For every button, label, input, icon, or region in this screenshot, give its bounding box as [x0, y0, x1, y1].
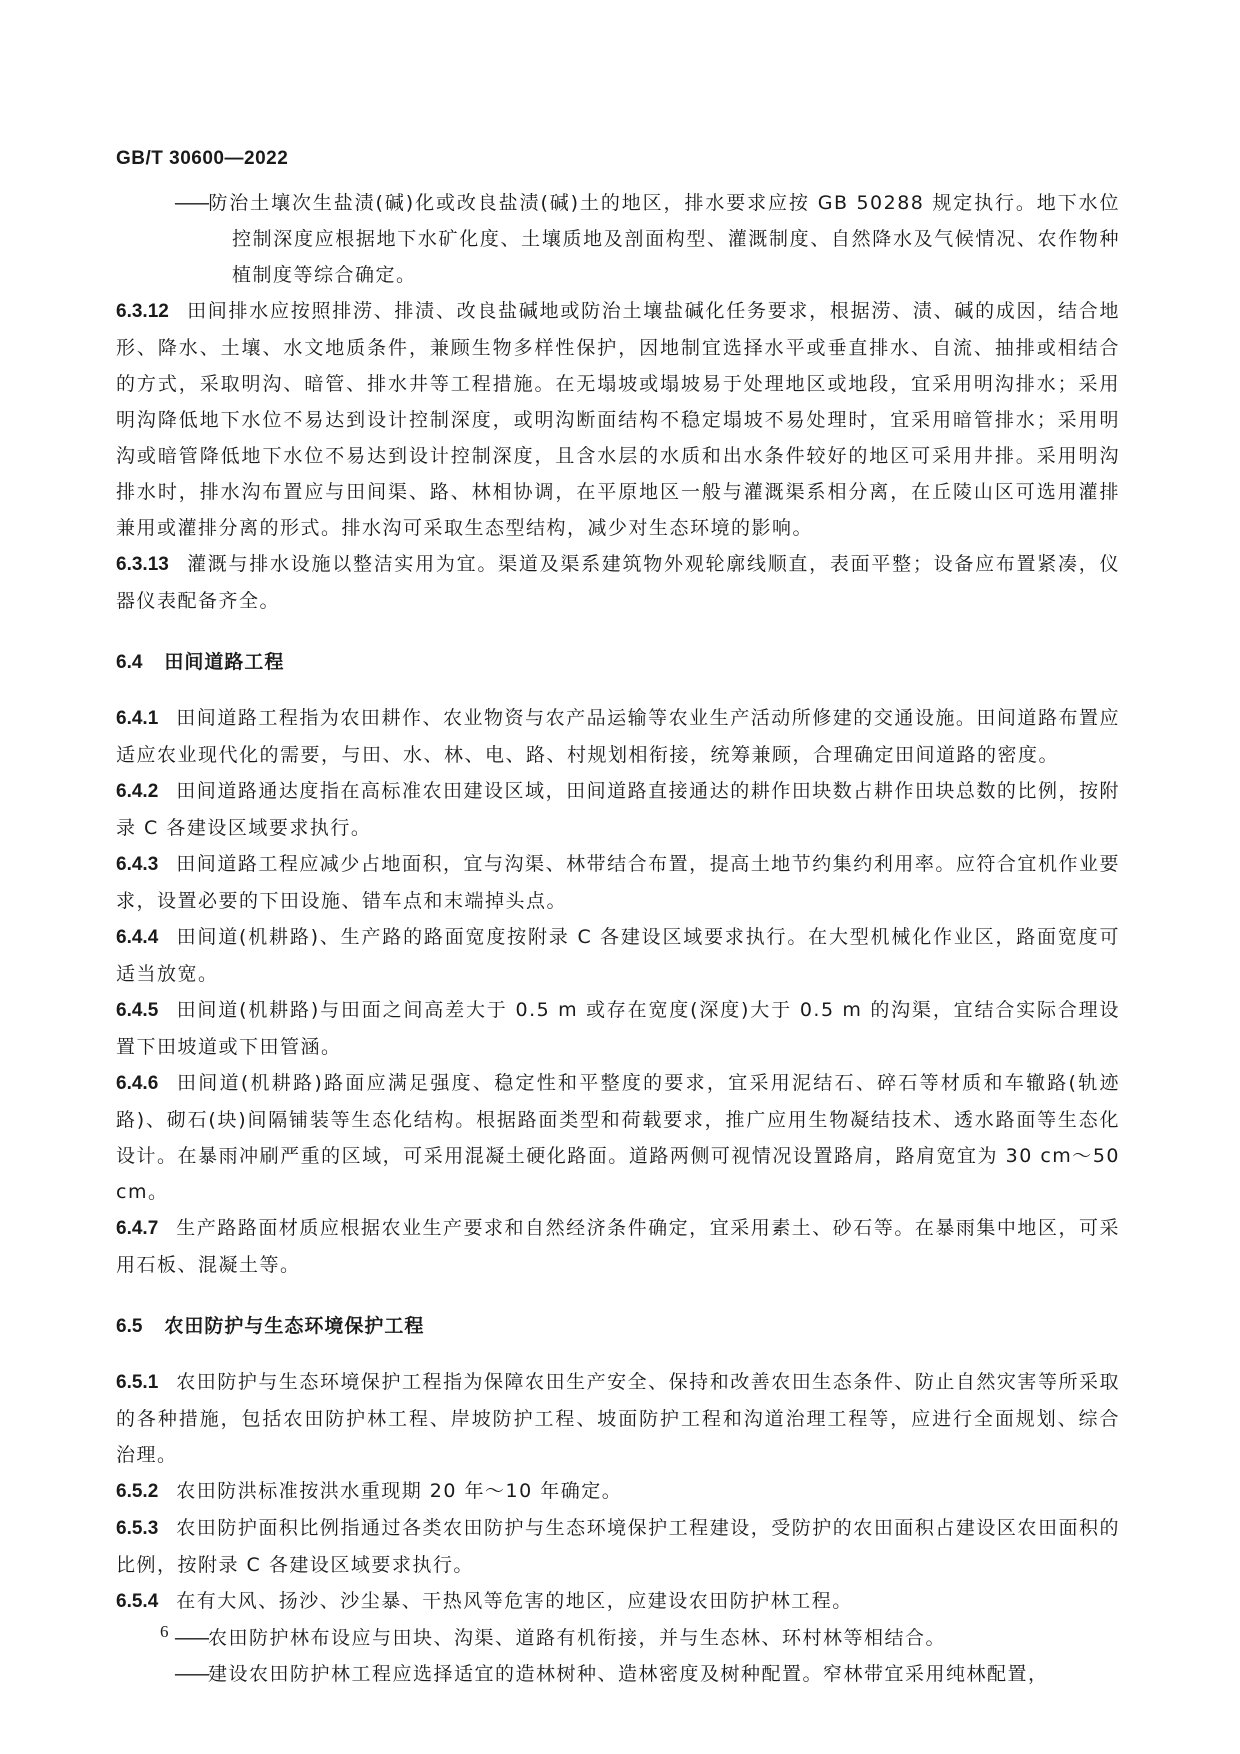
- clause-number: 6.4.2: [116, 781, 158, 802]
- clause-paragraph: 6.4.4田间道(机耕路)、生产路的路面宽度按附录 C 各建设区域要求执行。在大…: [116, 919, 1120, 992]
- clause-paragraph: 6.4.5田间道(机耕路)与田面之间高差大于 0.5 m 或存在宽度(深度)大于…: [116, 992, 1120, 1065]
- clause-number: 6.5.4: [116, 1591, 158, 1612]
- clause-text: 田间道路工程应减少占地面积，宜与沟渠、林带结合布置，提高土地节约集约利用率。应符…: [116, 853, 1120, 912]
- clause-paragraph: 6.5.3农田防护面积比例指通过各类农田防护与生态环境保护工程建设，受防护的农田…: [116, 1510, 1120, 1583]
- dash-item-text: 农田防护林布设应与田块、沟渠、道路有机衔接，并与生态林、环村林等相结合。: [208, 1627, 946, 1649]
- clause-text: 灌溉与排水设施以整洁实用为宜。渠道及渠系建筑物外观轮廓线顺直，表面平整；设备应布…: [116, 553, 1120, 612]
- clause-paragraph: 6.4.2田间道路通达度指在高标准农田建设区域，田间道路直接通达的耕作田块数占耕…: [116, 773, 1120, 846]
- clause-number: 6.5.2: [116, 1481, 158, 1502]
- clause-text: 田间道(机耕路)路面应满足强度、稳定性和平整度的要求，宜采用泥结石、碎石等材质和…: [116, 1072, 1120, 1203]
- section-number: 6.5: [116, 1316, 142, 1337]
- document-page: GB/T 30600—2022 ——防治土壤次生盐渍(碱)化或改良盐渍(碱)土的…: [0, 0, 1240, 1754]
- clause-paragraph: 6.4.3田间道路工程应减少占地面积，宜与沟渠、林带结合布置，提高土地节约集约利…: [116, 846, 1120, 919]
- clause-text: 生产路路面材质应根据农业生产要求和自然经济条件确定，宜采用素土、砂石等。在暴雨集…: [116, 1217, 1120, 1276]
- clause-paragraph: 6.4.1田间道路工程指为农田耕作、农业物资与农产品运输等农业生产活动所修建的交…: [116, 700, 1120, 773]
- dash-item-text: 防治土壤次生盐渍(碱)化或改良盐渍(碱)土的地区，排水要求应按 GB 50288…: [208, 192, 1120, 286]
- document-body: ——防治土壤次生盐渍(碱)化或改良盐渍(碱)土的地区，排水要求应按 GB 502…: [116, 185, 1120, 1692]
- clause-text: 田间排水应按照排涝、排渍、改良盐碱地或防治土壤盐碱化任务要求，根据涝、渍、碱的成…: [116, 300, 1120, 539]
- clause-paragraph: 6.4.7生产路路面材质应根据农业生产要求和自然经济条件确定，宜采用素土、砂石等…: [116, 1210, 1120, 1283]
- clause-text: 田间道(机耕路)、生产路的路面宽度按附录 C 各建设区域要求执行。在大型机械化作…: [116, 926, 1120, 985]
- dash-item-text: 建设农田防护林工程应选择适宜的造林树种、造林密度及树种配置。窄林带宜采用纯林配置…: [208, 1663, 1049, 1685]
- clause-text: 农田防护与生态环境保护工程指为保障农田生产安全、保持和改善农田生态条件、防止自然…: [116, 1371, 1120, 1466]
- clause-number: 6.4.1: [116, 708, 158, 729]
- clause-text: 田间道路工程指为农田耕作、农业物资与农产品运输等农业生产活动所修建的交通设施。田…: [116, 707, 1120, 766]
- clause-number: 6.4.4: [116, 927, 158, 948]
- clause-number: 6.4.6: [116, 1073, 158, 1094]
- dash-bullet: ——: [174, 192, 208, 214]
- clause-number: 6.5.3: [116, 1518, 158, 1539]
- clause-number: 6.3.12: [116, 301, 169, 322]
- section-number: 6.4: [116, 652, 142, 673]
- section-heading: 6.4田间道路工程: [116, 647, 1120, 678]
- section-title: 农田防护与生态环境保护工程: [164, 1315, 424, 1337]
- clause-paragraph: 6.5.2农田防洪标准按洪水重现期 20 年～10 年确定。: [116, 1473, 1120, 1510]
- section-title: 田间道路工程: [164, 651, 284, 673]
- clause-number: 6.3.13: [116, 554, 169, 575]
- clause-number: 6.4.3: [116, 854, 158, 875]
- dash-bullet: ——: [174, 1663, 208, 1685]
- dash-list-item: ——农田防护林布设应与田块、沟渠、道路有机衔接，并与生态林、环村林等相结合。: [174, 1620, 1120, 1656]
- clause-paragraph: 6.3.12田间排水应按照排涝、排渍、改良盐碱地或防治土壤盐碱化任务要求，根据涝…: [116, 293, 1120, 546]
- clause-text: 农田防洪标准按洪水重现期 20 年～10 年确定。: [176, 1480, 622, 1502]
- page-number: 6: [160, 1622, 169, 1642]
- clause-paragraph: 6.5.4在有大风、扬沙、沙尘暴、干热风等危害的地区，应建设农田防护林工程。: [116, 1583, 1120, 1620]
- clause-number: 6.5.1: [116, 1372, 158, 1393]
- clause-text: 在有大风、扬沙、沙尘暴、干热风等危害的地区，应建设农田防护林工程。: [176, 1590, 853, 1612]
- clause-text: 田间道路通达度指在高标准农田建设区域，田间道路直接通达的耕作田块数占耕作田块总数…: [116, 780, 1120, 839]
- dash-list-item: ——建设农田防护林工程应选择适宜的造林树种、造林密度及树种配置。窄林带宜采用纯林…: [174, 1656, 1120, 1692]
- clause-paragraph: 6.3.13灌溉与排水设施以整洁实用为宜。渠道及渠系建筑物外观轮廓线顺直，表面平…: [116, 546, 1120, 619]
- dash-list-item: ——防治土壤次生盐渍(碱)化或改良盐渍(碱)土的地区，排水要求应按 GB 502…: [174, 185, 1120, 293]
- clause-paragraph: 6.4.6田间道(机耕路)路面应满足强度、稳定性和平整度的要求，宜采用泥结石、碎…: [116, 1065, 1120, 1210]
- dash-bullet: ——: [174, 1627, 208, 1649]
- clause-text: 田间道(机耕路)与田面之间高差大于 0.5 m 或存在宽度(深度)大于 0.5 …: [116, 999, 1120, 1058]
- clause-text: 农田防护面积比例指通过各类农田防护与生态环境保护工程建设，受防护的农田面积占建设…: [116, 1517, 1120, 1576]
- clause-number: 6.4.7: [116, 1218, 158, 1239]
- clause-paragraph: 6.5.1农田防护与生态环境保护工程指为保障农田生产安全、保持和改善农田生态条件…: [116, 1364, 1120, 1473]
- standard-header: GB/T 30600—2022: [116, 148, 288, 170]
- clause-number: 6.4.5: [116, 1000, 158, 1021]
- section-heading: 6.5农田防护与生态环境保护工程: [116, 1311, 1120, 1342]
